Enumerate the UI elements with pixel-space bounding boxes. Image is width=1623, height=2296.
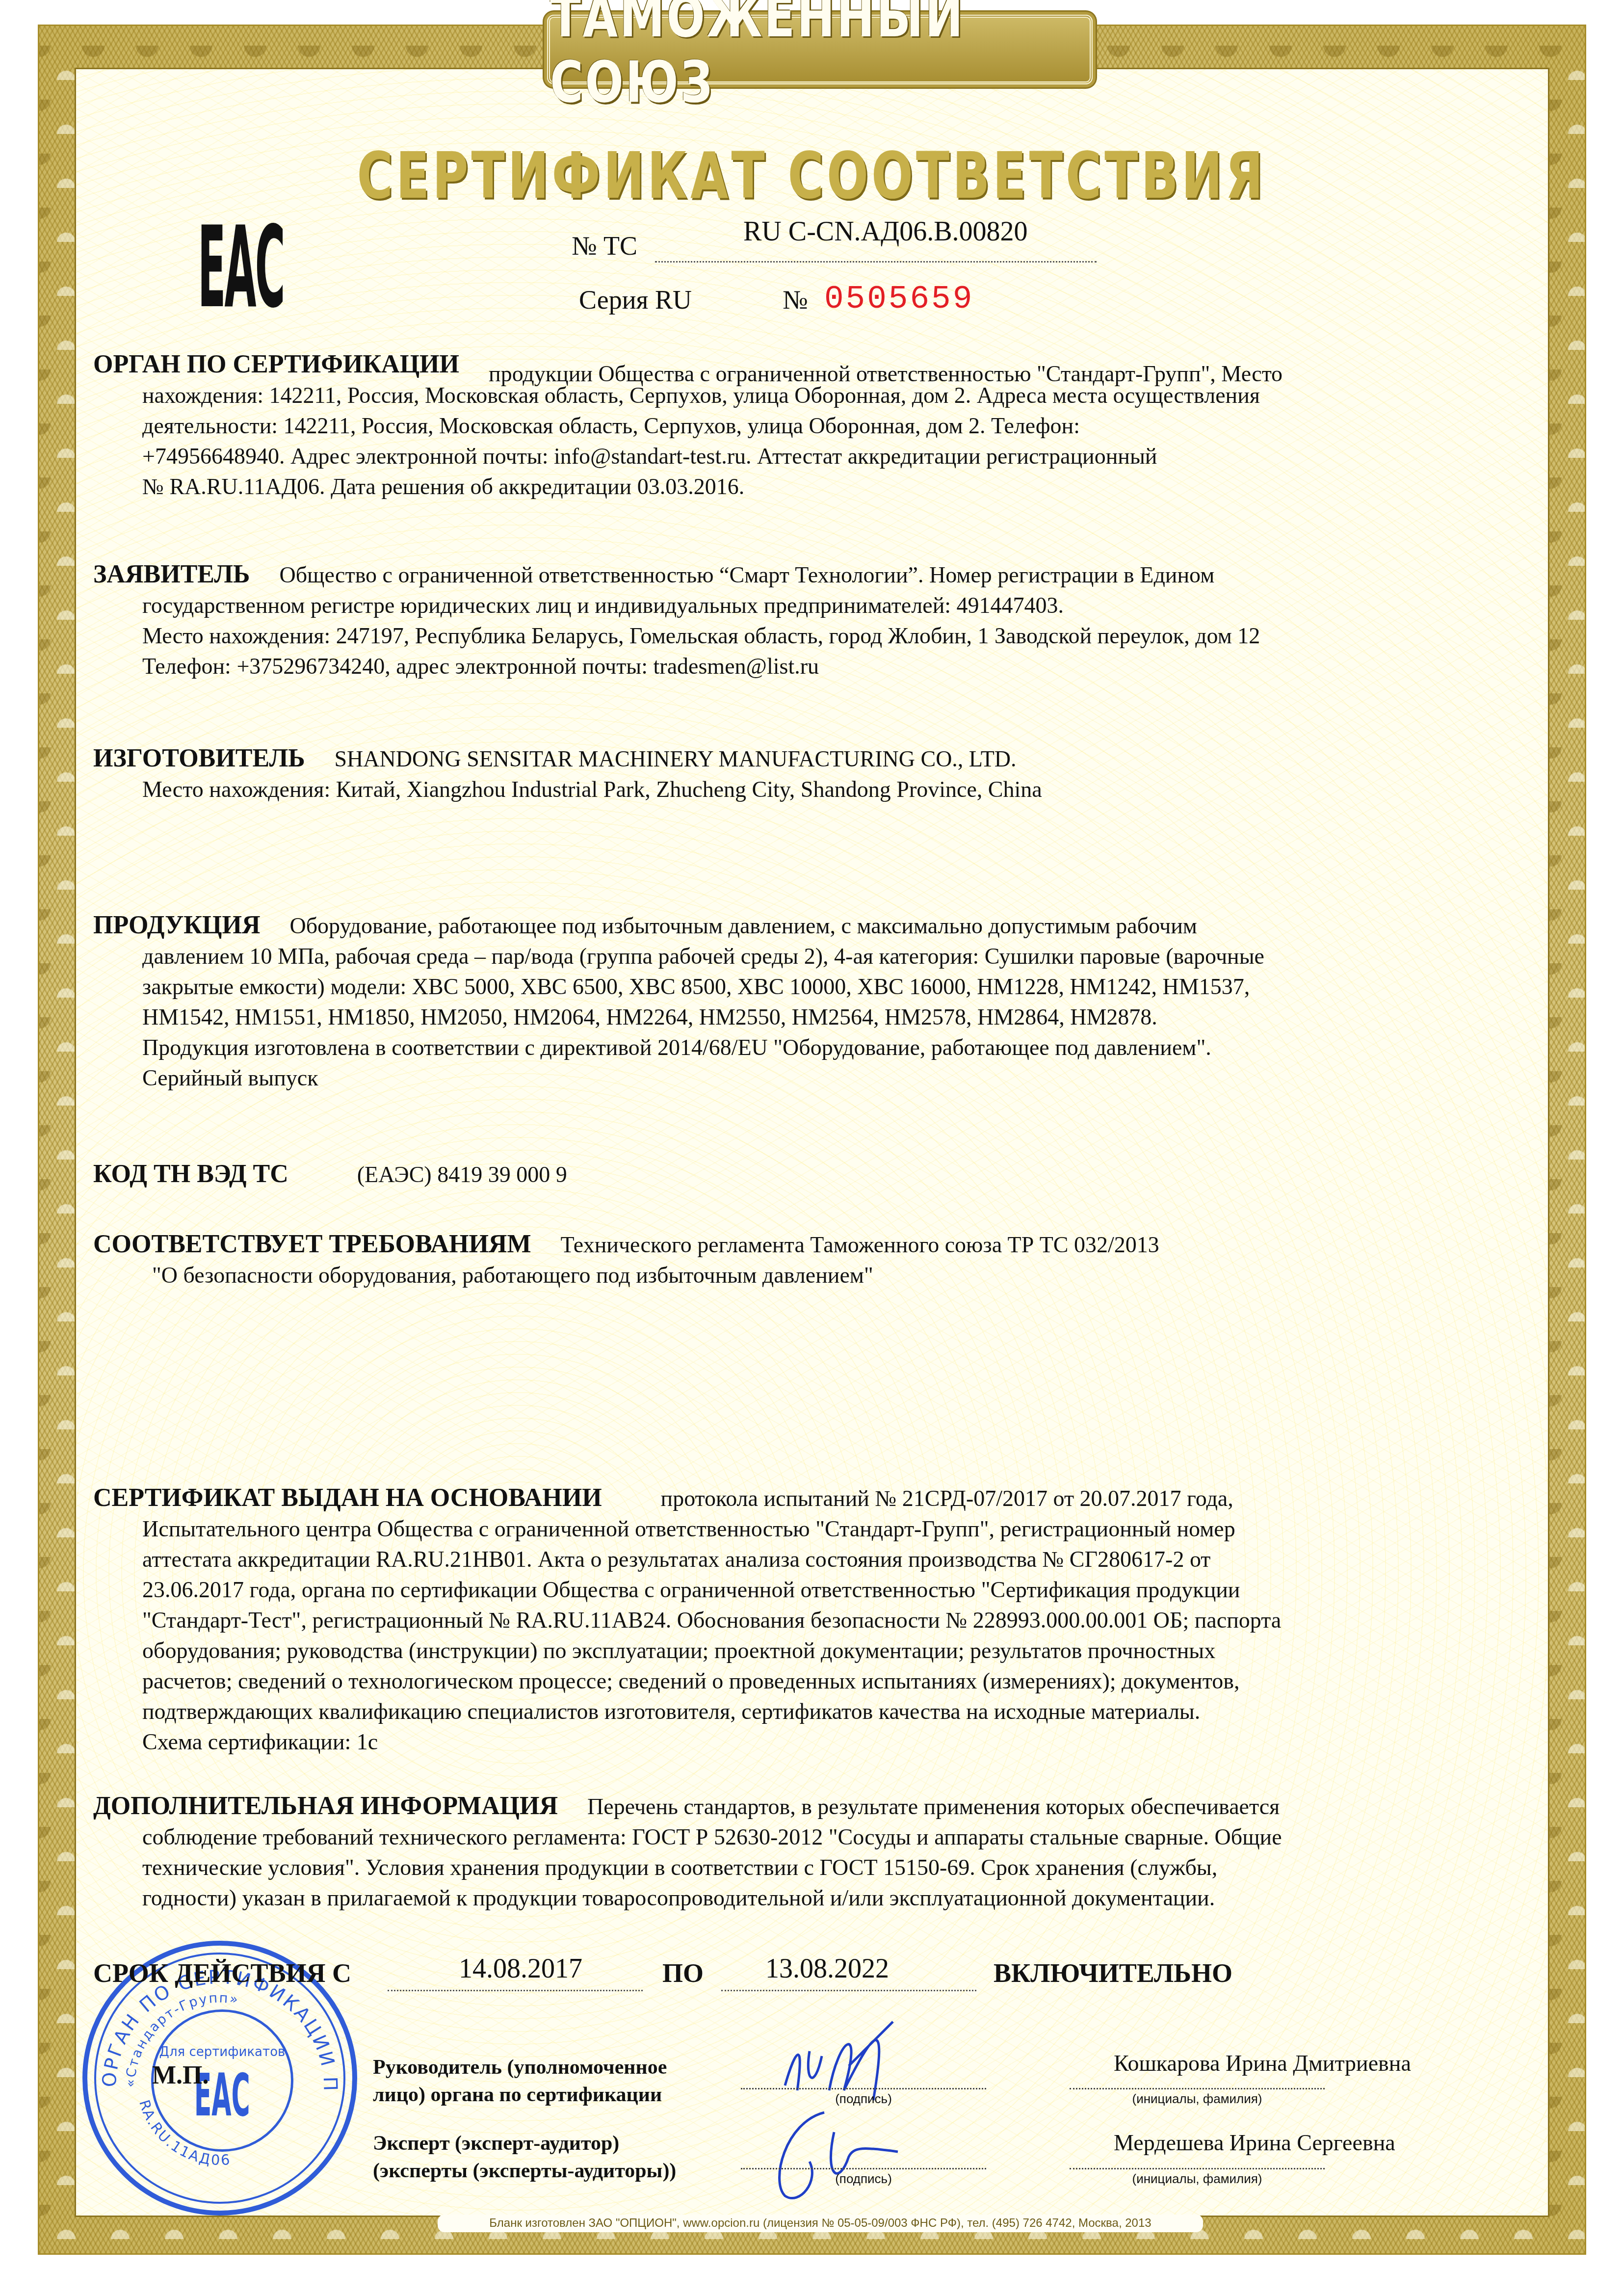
section-manufacturer: ИЗГОТОВИТЕЛЬSHANDONG SENSITAR MACHINERY …: [93, 743, 1506, 805]
section-heading: СЕРТИФИКАТ ВЫДАН НА ОСНОВАНИИ: [93, 1484, 602, 1512]
printer-imprint: Бланк изготовлен ЗАО "ОПЦИОН", www.opcio…: [438, 2215, 1203, 2232]
expert-name-line: [1070, 2168, 1325, 2169]
serial-number: 0505659: [824, 281, 974, 317]
head-name-caption: (инициалы, фамилия): [1119, 2091, 1276, 2107]
head-role-label: Руководитель (уполномоченное лицо) орган…: [373, 2054, 667, 2109]
serial-prefix: №: [783, 285, 808, 315]
validity-to-label: ПО: [662, 1958, 704, 1988]
expert-name-caption: (инициалы, фамилия): [1119, 2171, 1276, 2187]
section-hs-code: КОД ТН ВЭД ТС(ЕАЭС) 8419 39 000 9: [93, 1159, 1506, 1190]
section-heading: ДОПОЛНИТЕЛЬНАЯ ИНФОРМАЦИЯ: [93, 1792, 558, 1820]
head-name: Кошкарова Ирина Дмитриевна: [1114, 2050, 1411, 2076]
section-heading: СООТВЕТСТВУЕТ ТРЕБОВАНИЯМ: [93, 1230, 531, 1258]
section-heading: ПРОДУКЦИЯ: [93, 911, 261, 939]
section-heading: ИЗГОТОВИТЕЛЬ: [93, 744, 305, 772]
section-heading: ОРГАН ПО СЕРТИФИКАЦИИ: [93, 350, 459, 378]
head-name-line: [1070, 2088, 1325, 2089]
series-label: Серия RU: [579, 285, 692, 315]
section-heading: КОД ТН ВЭД ТС: [93, 1160, 288, 1188]
section-applicant: ЗАЯВИТЕЛЬОбщество с ограниченной ответст…: [93, 559, 1506, 682]
customs-union-title: ТАМОЖЕННЫЙ СОЮЗ: [550, 0, 1090, 115]
validity-inclusive-label: ВКЛЮЧИТЕЛЬНО: [994, 1958, 1232, 1988]
validity-from-date: 14.08.2017: [459, 1953, 582, 1984]
certificate-number-label: № ТС: [572, 231, 637, 261]
section-heading: ЗАЯВИТЕЛЬ: [93, 560, 250, 588]
expert-signature-line: [741, 2168, 986, 2169]
expert-signature-caption: (подпись): [790, 2171, 937, 2187]
hs-code-value: (ЕАЭС) 8419 39 000 9: [357, 1162, 567, 1187]
section-basis: СЕРТИФИКАТ ВЫДАН НА ОСНОВАНИИпротокола и…: [93, 1483, 1506, 1757]
from-date-line: [388, 1990, 643, 1991]
section-certification-body: ОРГАН ПО СЕРТИФИКАЦИИпродукции Общества …: [93, 349, 1506, 502]
stamp-center-text: Для сертификатов: [159, 2044, 286, 2060]
to-date-line: [721, 1990, 976, 1991]
number-microline: [655, 261, 1097, 263]
seal-placeholder-label: М.П.: [152, 2061, 209, 2090]
expert-role-label: Эксперт (эксперт-аудитор) (эксперты (экс…: [373, 2130, 676, 2185]
eac-mark-icon: EAC: [198, 204, 284, 333]
head-signature-line: [741, 2088, 986, 2089]
expert-name: Мердешева Ирина Сергеевна: [1114, 2130, 1395, 2156]
customs-union-plaque: ТАМОЖЕННЫЙ СОЮЗ: [547, 15, 1093, 84]
validity-to-date: 13.08.2022: [765, 1953, 889, 1984]
validity-from-label: СРОК ДЕЙСТВИЯ С: [93, 1958, 351, 1988]
section-product: ПРОДУКЦИЯОборудование, работающее под из…: [93, 910, 1506, 1093]
section-additional-info: ДОПОЛНИТЕЛЬНАЯ ИНФОРМАЦИЯПеречень станда…: [93, 1791, 1506, 1913]
certificate-number: RU C-CN.АД06.В.00820: [743, 216, 1028, 247]
certificate-title: СЕРТИФИКАТ СООТВЕТСТВИЯ: [0, 138, 1623, 213]
section-conforms: СООТВЕТСТВУЕТ ТРЕБОВАНИЯМТехнического ре…: [93, 1229, 1506, 1291]
